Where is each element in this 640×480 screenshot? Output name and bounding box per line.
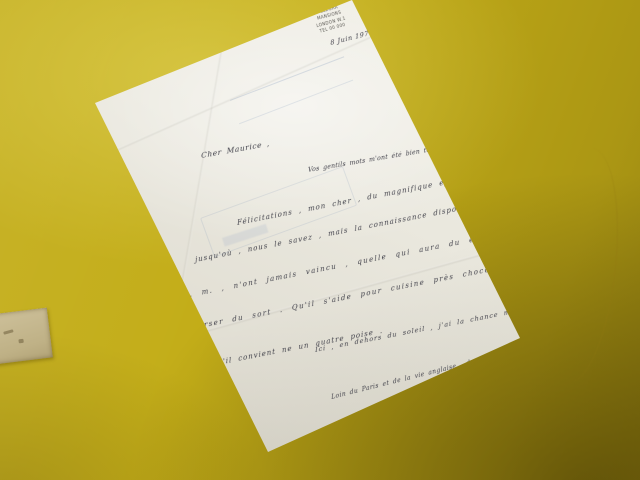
sticker-mark — [3, 329, 13, 334]
photo-stage: ALLEGRAMANSIONSLONDON W.1TEL 00 000 8 Ju… — [0, 0, 640, 480]
tape-residue-sticker — [0, 308, 53, 365]
background-scratch — [533, 145, 628, 386]
sticker-mark — [18, 339, 23, 344]
letter-paper: ALLEGRAMANSIONSLONDON W.1TEL 00 000 8 Ju… — [0, 0, 640, 480]
